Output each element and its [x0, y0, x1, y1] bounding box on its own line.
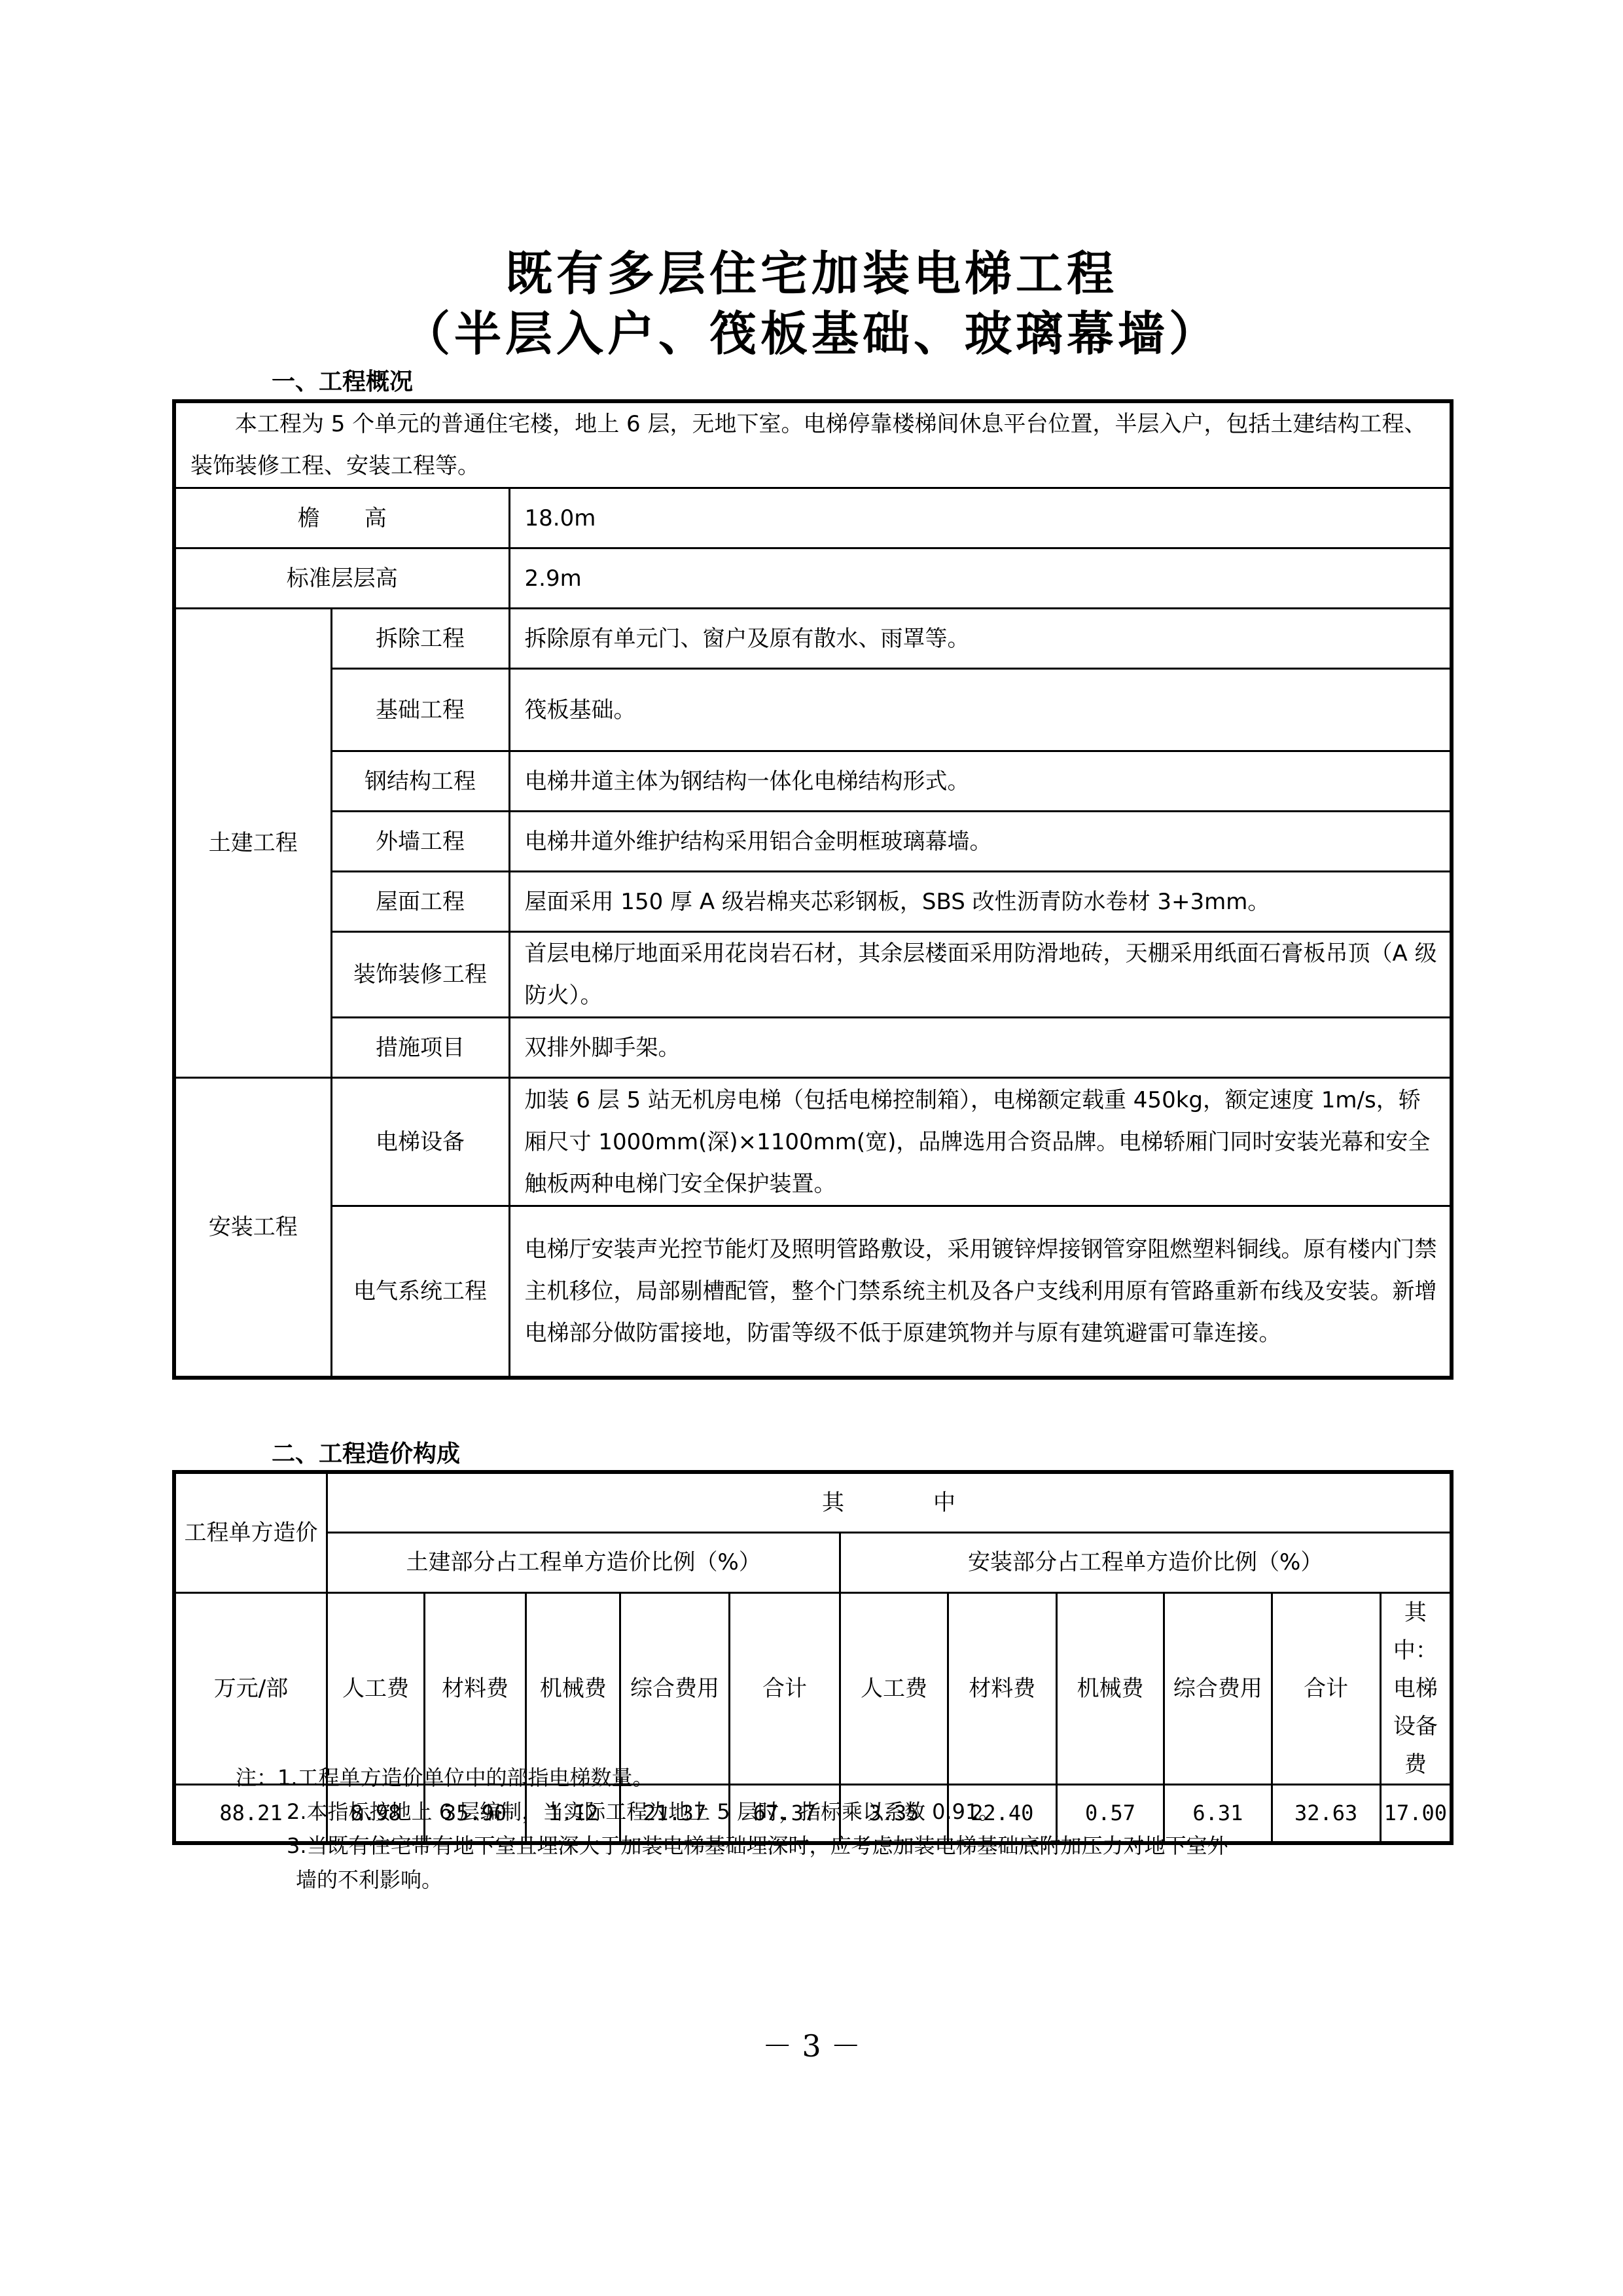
table-row: 安装工程 电梯设备 加装 6 层 5 站无机房电梯（包括电梯控制箱），电梯额定载… [174, 1078, 1452, 1206]
item-desc: 屋面采用 150 厚 A 级岩棉夹芯彩钢板，SBS 改性沥青防水卷材 3+3mm… [509, 872, 1452, 932]
item-name: 电气系统工程 [331, 1206, 509, 1378]
install-col-header: 其中：电梯设备费 [1380, 1592, 1452, 1784]
document-title: 既有多层住宅加装电梯工程 [0, 236, 1623, 304]
civil-col-header: 合计 [729, 1592, 840, 1784]
item-desc: 筏板基础。 [509, 669, 1452, 751]
table-row: 装饰装修工程 首层电梯厅地面采用花岗岩石材，其余层楼面采用防滑地砖，天棚采用纸面… [174, 932, 1452, 1018]
document-subtitle: （半层入户、筏板基础、玻璃幕墙） [0, 296, 1623, 364]
table-row: 工程单方造价 其 中 [174, 1472, 1452, 1532]
install-col-header: 材料费 [948, 1592, 1056, 1784]
eave-height-value: 18.0m [509, 488, 1452, 548]
item-name: 屋面工程 [331, 872, 509, 932]
page-number: － 3 － [0, 2022, 1623, 2066]
table-row: 本工程为 5 个单元的普通住宅楼，地上 6 层，无地下室。电梯停靠楼梯间休息平台… [174, 401, 1452, 488]
item-name: 拆除工程 [331, 609, 509, 669]
item-name: 电梯设备 [331, 1078, 509, 1206]
table-row: 土建部分占工程单方造价比例（%） 安装部分占工程单方造价比例（%） [174, 1532, 1452, 1592]
civil-col-header: 综合费用 [620, 1592, 729, 1784]
of-which-header: 其 中 [327, 1472, 1452, 1532]
install-group-header: 安装部分占工程单方造价比例（%） [840, 1532, 1452, 1592]
item-name: 基础工程 [331, 669, 509, 751]
table-row: 土建工程 拆除工程 拆除原有单元门、窗户及原有散水、雨罩等。 [174, 609, 1452, 669]
table-row: 标准层层高 2.9m [174, 548, 1452, 609]
unit-cost-header: 工程单方造价 [174, 1472, 327, 1592]
table-row: 万元/部 人工费 材料费 机械费 综合费用 合计 人工费 材料费 机械费 综合费… [174, 1592, 1452, 1784]
item-desc: 双排外脚手架。 [509, 1018, 1452, 1078]
item-desc: 首层电梯厅地面采用花岗岩石材，其余层楼面采用防滑地砖，天棚采用纸面石膏板吊顶（A… [509, 932, 1452, 1018]
table-row: 屋面工程 屋面采用 150 厚 A 级岩棉夹芯彩钢板，SBS 改性沥青防水卷材 … [174, 872, 1452, 932]
item-desc: 电梯井道外维护结构采用铝合金明框玻璃幕墙。 [509, 812, 1452, 872]
table-row: 措施项目 双排外脚手架。 [174, 1018, 1452, 1078]
note-3-continued: 墙的不利影响。 [236, 1863, 1228, 1897]
floor-height-value: 2.9m [509, 548, 1452, 609]
civil-group-header: 土建部分占工程单方造价比例（%） [327, 1532, 840, 1592]
install-value: 32.63 [1272, 1784, 1380, 1843]
table-row: 檐 高 18.0m [174, 488, 1452, 548]
floor-height-label: 标准层层高 [174, 548, 509, 609]
install-col-header: 综合费用 [1164, 1592, 1272, 1784]
eave-height-label: 檐 高 [174, 488, 509, 548]
install-works-label: 安装工程 [174, 1078, 331, 1378]
note-1: 注：1.工程单方造价单位中的部指电梯数量。 [236, 1761, 1228, 1795]
item-name: 钢结构工程 [331, 751, 509, 812]
install-col-header: 合计 [1272, 1592, 1380, 1784]
item-name: 外墙工程 [331, 812, 509, 872]
civil-col-header: 机械费 [526, 1592, 620, 1784]
table-row: 外墙工程 电梯井道外维护结构采用铝合金明框玻璃幕墙。 [174, 812, 1452, 872]
section-heading-cost: 二、工程造价构成 [272, 1435, 460, 1469]
item-desc: 加装 6 层 5 站无机房电梯（包括电梯控制箱），电梯额定载重 450kg，额定… [509, 1078, 1452, 1206]
overview-table: 本工程为 5 个单元的普通住宅楼，地上 6 层，无地下室。电梯停靠楼梯间休息平台… [172, 399, 1454, 1380]
item-desc: 电梯井道主体为钢结构一体化电梯结构形式。 [509, 751, 1452, 812]
civil-works-label: 土建工程 [174, 609, 331, 1078]
item-desc: 拆除原有单元门、窗户及原有散水、雨罩等。 [509, 609, 1452, 669]
item-name: 措施项目 [331, 1018, 509, 1078]
note-2: 2.本指标按地上 6 层编制，当实际工程为地上 5 层时，指标乘以系数 0.91… [236, 1795, 1228, 1829]
section-heading-overview: 一、工程概况 [272, 363, 413, 397]
table-row: 基础工程 筏板基础。 [174, 669, 1452, 751]
install-col-header: 人工费 [840, 1592, 948, 1784]
overview-intro: 本工程为 5 个单元的普通住宅楼，地上 6 层，无地下室。电梯停靠楼梯间休息平台… [174, 401, 1452, 488]
install-col-header: 机械费 [1056, 1592, 1164, 1784]
note-3: 3.当既有住宅带有地下室且埋深大于加装电梯基础埋深时，应考虑加装电梯基础底附加压… [236, 1829, 1228, 1863]
civil-col-header: 材料费 [424, 1592, 526, 1784]
civil-col-header: 人工费 [327, 1592, 425, 1784]
table-row: 钢结构工程 电梯井道主体为钢结构一体化电梯结构形式。 [174, 751, 1452, 812]
unit-header: 万元/部 [174, 1592, 327, 1784]
notes: 注：1.工程单方造价单位中的部指电梯数量。 2.本指标按地上 6 层编制，当实际… [236, 1761, 1228, 1897]
install-value: 17.00 [1380, 1784, 1452, 1843]
item-desc: 电梯厅安装声光控节能灯及照明管路敷设，采用镀锌焊接钢管穿阻燃塑料铜线。原有楼内门… [509, 1206, 1452, 1378]
table-row: 电气系统工程 电梯厅安装声光控节能灯及照明管路敷设，采用镀锌焊接钢管穿阻燃塑料铜… [174, 1206, 1452, 1378]
item-name: 装饰装修工程 [331, 932, 509, 1018]
